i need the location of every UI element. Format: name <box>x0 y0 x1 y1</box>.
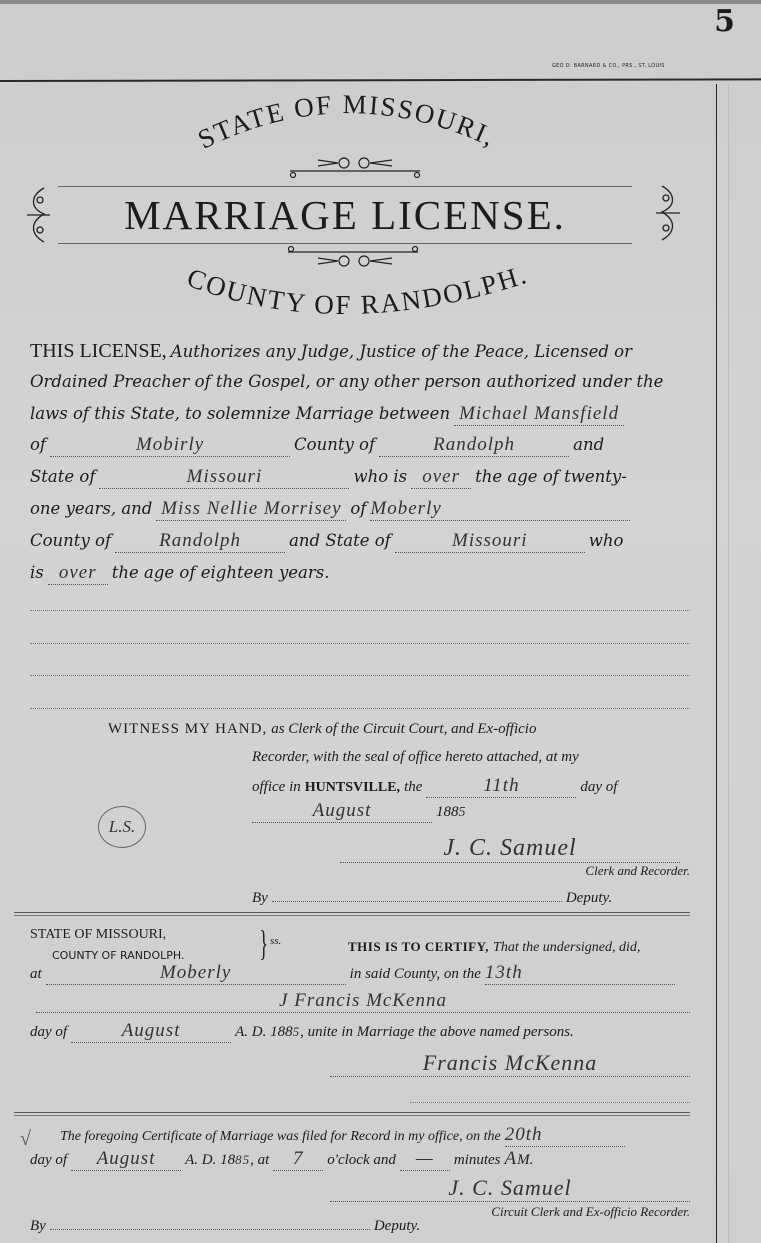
groom-state-field[interactable]: Missouri <box>99 466 349 489</box>
license-line-8: is over the age of eighteen years. <box>30 562 690 585</box>
day-of-label-2: day of <box>30 1024 67 1040</box>
flourish-left-icon <box>27 188 50 242</box>
bride-city-field[interactable]: Moberly <box>370 498 630 521</box>
filing-day-of-label: day of <box>30 1152 67 1168</box>
license-line-1: THIS LICENSE, Authorizes any Judge, Just… <box>30 340 690 363</box>
witness-signature-line: J. C. Samuel <box>340 835 690 863</box>
year-suffix-field[interactable]: 5 <box>459 805 467 820</box>
who-label: who <box>589 531 624 550</box>
witness-day-field[interactable]: 11th <box>426 775 576 798</box>
bride-name-field[interactable]: Miss Nellie Morrisey <box>156 498 346 521</box>
witness-line-2: Recorder, with the seal of office hereto… <box>252 748 761 766</box>
county-of-label: County of <box>294 435 375 454</box>
filing-clerk-signature[interactable]: J. C. Samuel <box>330 1175 690 1202</box>
filing-day-field[interactable]: 20th <box>505 1124 625 1147</box>
certify-lead: THIS IS TO CERTIFY, <box>348 939 489 954</box>
meridiem-field[interactable]: A <box>505 1148 518 1169</box>
officiant-signature-line: Francis McKenna <box>330 1050 690 1077</box>
oclock-label: o'clock and <box>327 1152 396 1168</box>
unite-text: , unite in Marriage the above named pers… <box>300 1024 574 1040</box>
arc-top-text: STATE OF MISSOURI, <box>193 89 501 155</box>
license-line-3: laws of this State, to solemnize Marriag… <box>30 403 690 426</box>
filing-deputy-label: Deputy. <box>374 1218 420 1234</box>
brace-icon: } <box>259 922 268 964</box>
minutes-label: minutes <box>454 1152 501 1168</box>
witness-text-1: as Clerk of the Circuit Court, and Ex-of… <box>271 721 536 737</box>
clerk-title-line: Clerk and Recorder. <box>540 862 690 880</box>
groom-city-field[interactable]: Mobirly <box>50 434 290 457</box>
cert-state: STATE OF MISSOURI, <box>30 927 166 942</box>
license-line-5: State of Missouri who is over the age of… <box>30 466 690 489</box>
marriage-place-field[interactable]: Moberly <box>46 962 346 985</box>
license-lead: THIS LICENSE, <box>30 340 167 362</box>
age-21-label: the age of twenty- <box>475 467 627 486</box>
blank-line-1 <box>30 610 690 611</box>
clerk-title: Clerk and Recorder. <box>585 863 690 878</box>
certify-text: That the undersigned, did, <box>493 940 640 955</box>
bride-age-field[interactable]: over <box>48 562 108 585</box>
and-label: and <box>573 435 604 454</box>
blank-short-line <box>410 1102 690 1103</box>
bride-state-field[interactable]: Missouri <box>395 530 585 553</box>
bride-county-label: County of <box>30 531 111 550</box>
who-is-label: who is <box>353 467 407 486</box>
license-line-7: County of Randolph and State of Missouri… <box>30 530 690 553</box>
marriage-license-page: 5 GEO D. BARNARD & CO., PRS., ST. LOUIS … <box>0 0 761 1243</box>
license-text-1: Authorizes any Judge, Justice of the Pea… <box>171 342 632 361</box>
officiant-name-field[interactable]: J Francis McKenna <box>36 990 690 1013</box>
blank-line-2 <box>30 643 690 644</box>
of-label: of <box>30 435 46 454</box>
witness-month-field[interactable]: August <box>252 800 432 823</box>
license-text-3: laws of this State, to solemnize Marriag… <box>30 404 450 423</box>
bride-county-field[interactable]: Randolph <box>115 530 285 553</box>
meridiem-suffix: M. <box>517 1152 533 1168</box>
filing-month-field[interactable]: August <box>71 1148 181 1171</box>
document-title: MARRIAGE LICENSE. <box>124 191 566 239</box>
ad-label: A. D. 188 <box>235 1024 293 1040</box>
one-years-label: one years, and <box>30 499 152 518</box>
by-label: By <box>252 890 268 906</box>
title-banner: MARRIAGE LICENSE. <box>58 186 632 244</box>
officiant-line: J Francis McKenna <box>36 990 690 1013</box>
groom-name-field[interactable]: Michael Mansfield <box>454 403 624 426</box>
witness-line-3: office in HUNTSVILLE, the 11th day of <box>252 775 761 798</box>
header-arcs: STATE OF MISSOURI, COUNTY OF RANDOLPH. <box>0 0 761 340</box>
seal-ls: L.S. <box>98 806 146 848</box>
is-label: is <box>30 563 44 582</box>
license-text-2: Ordained Preacher of the Gospel, or any … <box>30 372 663 391</box>
bride-of-label: of <box>350 499 366 518</box>
filing-ad-label: A. D. 18 <box>185 1152 235 1168</box>
marriage-day-field[interactable]: 13th <box>485 962 675 985</box>
clerk-signature[interactable]: J. C. Samuel <box>340 835 680 863</box>
witness-lead: WITNESS MY HAND, <box>108 721 267 737</box>
cert-place-line: at Moberly in said County, on the 13th <box>30 962 690 985</box>
marriage-year-suffix[interactable]: 5 <box>293 1024 301 1039</box>
filing-at-label: , at <box>250 1152 269 1168</box>
office-city: HUNTSVILLE, <box>305 780 400 795</box>
ornament-top-icon <box>290 158 420 178</box>
groom-county-field[interactable]: Randolph <box>379 434 569 457</box>
filing-divider <box>14 1112 690 1116</box>
state-of-label: State of <box>30 467 95 486</box>
groom-age-field[interactable]: over <box>411 466 471 489</box>
deputy-label: Deputy. <box>566 890 612 906</box>
license-line-4: of Mobirly County of Randolph and <box>30 434 690 457</box>
filing-line-1: The foregoing Certificate of Marriage wa… <box>60 1124 690 1147</box>
license-line-2: Ordained Preacher of the Gospel, or any … <box>30 372 690 392</box>
arc-bottom-text: COUNTY OF RANDOLPH. <box>183 259 531 320</box>
ss-label: ss. <box>270 935 281 947</box>
filing-signature-line: J. C. Samuel <box>330 1175 690 1202</box>
in-county-label: in said County, on the <box>350 966 481 982</box>
cert-date-line: day of August A. D. 1885, unite in Marri… <box>30 1020 690 1043</box>
certify-line: THIS IS TO CERTIFY, That the undersigned… <box>348 938 693 956</box>
ornament-bottom-icon <box>288 247 418 267</box>
filing-minutes-field[interactable]: — <box>400 1148 450 1171</box>
filing-year-suffix[interactable]: 85 <box>235 1152 250 1167</box>
office-prefix: office in <box>252 779 301 795</box>
filing-deputy-line: By Deputy. <box>30 1215 690 1235</box>
at-label: at <box>30 966 42 982</box>
license-line-6: one years, and Miss Nellie Morrisey of M… <box>30 498 690 521</box>
filing-text: The foregoing Certificate of Marriage wa… <box>60 1129 501 1144</box>
marriage-month-field[interactable]: August <box>71 1020 231 1043</box>
bride-state-label: and State of <box>289 531 391 550</box>
blank-line-4 <box>30 708 690 709</box>
filing-hour-field[interactable]: 7 <box>273 1148 323 1171</box>
witness-text-2: Recorder, with the seal of office hereto… <box>252 749 579 765</box>
year-prefix: 188 <box>436 804 459 820</box>
filing-deputy-field[interactable] <box>50 1215 370 1230</box>
day-of-label: day of <box>580 779 617 795</box>
deputy-field[interactable] <box>272 887 562 902</box>
witness-line-1: WITNESS MY HAND, as Clerk of the Circuit… <box>108 720 761 738</box>
witness-deputy-line: By Deputy. <box>252 887 761 907</box>
section-divider <box>14 912 690 916</box>
witness-line-4: August 1885 <box>252 800 761 823</box>
flourish-right-icon <box>656 186 680 240</box>
the-label: the <box>404 779 422 795</box>
age-18-label: the age of eighteen years. <box>112 563 330 582</box>
blank-line-3 <box>30 675 690 676</box>
officiant-signature[interactable]: Francis McKenna <box>330 1050 690 1077</box>
filing-line-2: day of August A. D. 1885, at 7 o'clock a… <box>30 1148 690 1171</box>
cert-county: COUNTY OF RANDOLPH. <box>52 949 184 962</box>
filing-by-label: By <box>30 1218 46 1234</box>
